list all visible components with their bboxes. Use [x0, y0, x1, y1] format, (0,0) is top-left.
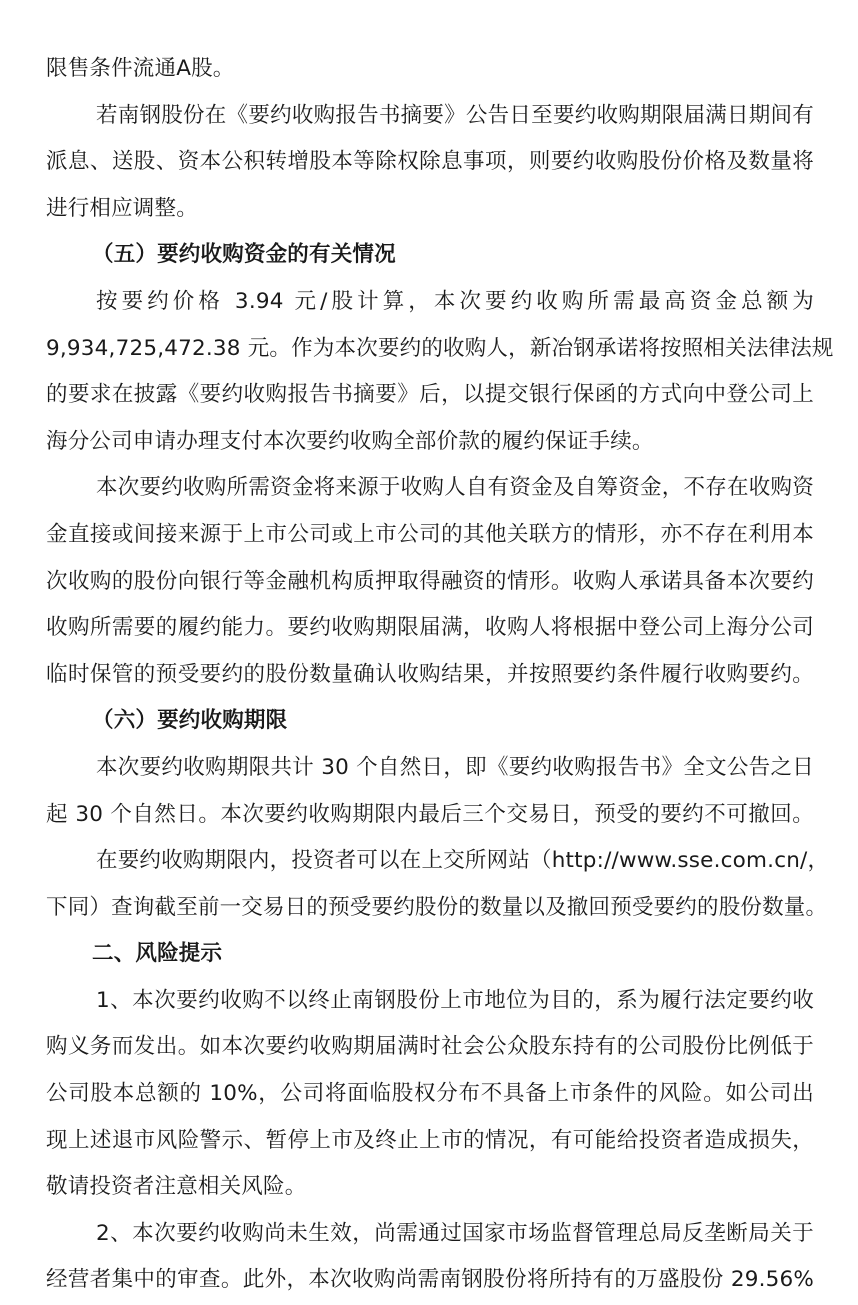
- paragraph-line: 临时保管的预受要约的股份数量确认收购结果，并按照要约条件履行收购要约。: [46, 652, 814, 699]
- paragraph-line: 现上述退市风险警示、暂停上市及终止上市的情况，有可能给投资者造成损失，: [46, 1118, 814, 1165]
- paragraph-line: 本次要约收购所需资金将来源于收购人自有资金及自筹资金，不存在收购资: [46, 465, 814, 512]
- document-page: 限售条件流通A股。 若南钢股份在《要约收购报告书摘要》公告日至要约收购期限届满日…: [46, 46, 814, 1304]
- paragraph-line: 限售条件流通A股。: [46, 46, 814, 93]
- paragraph-line: 次收购的股份向银行等金融机构质押取得融资的情形。收购人承诺具备本次要约: [46, 559, 814, 606]
- paragraph-line: 2、本次要约收购尚未生效，尚需通过国家市场监督管理总局反垄断局关于: [46, 1211, 814, 1258]
- paragraph-line: 下同）查询截至前一交易日的预受要约股份的数量以及撤回预受要约的股份数量。: [46, 885, 814, 932]
- section-heading-funding: （五）要约收购资金的有关情况: [46, 232, 814, 279]
- paragraph-line: 经营者集中的审查。此外，本次收购尚需南钢股份将所持有的万盛股份 29.56%: [46, 1257, 814, 1304]
- paragraph-line: 本次要约收购期限共计 30 个自然日，即《要约收购报告书》全文公告之日: [46, 745, 814, 792]
- paragraph-line: 公司股本总额的 10%，公司将面临股权分布不具备上市条件的风险。如公司出: [46, 1071, 814, 1118]
- paragraph-line: 按要约价格 3.94 元/股计算，本次要约收购所需最高资金总额为: [46, 279, 814, 326]
- section-heading-period: （六）要约收购期限: [46, 698, 814, 745]
- paragraph-line-with-link: 在要约收购期限内，投资者可以在上交所网站（http://www.sse.com.…: [46, 838, 814, 885]
- paragraph-line: 的要求在披露《要约收购报告书摘要》后，以提交银行保函的方式向中登公司上: [46, 372, 814, 419]
- paragraph-line: 1、本次要约收购不以终止南钢股份上市地位为目的，系为履行法定要约收: [46, 978, 814, 1025]
- paragraph-line: 9,934,725,472.38 元。作为本次要约的收购人，新冶钢承诺将按照相关…: [46, 326, 814, 373]
- section-heading-risk: 二、风险提示: [46, 931, 814, 978]
- paragraph-line: 起 30 个自然日。本次要约收购期限内最后三个交易日，预受的要约不可撤回。: [46, 792, 814, 839]
- paragraph-line: 派息、送股、资本公积转增股本等除权除息事项，则要约收购股份价格及数量将: [46, 139, 814, 186]
- paragraph-line: 敬请投资者注意相关风险。: [46, 1164, 814, 1211]
- paragraph-line: 收购所需要的履约能力。要约收购期限届满，收购人将根据中登公司上海分公司: [46, 605, 814, 652]
- paragraph-line: 购义务而发出。如本次要约收购期届满时社会公众股东持有的公司股份比例低于: [46, 1024, 814, 1071]
- paragraph-line: 金直接或间接来源于上市公司或上市公司的其他关联方的情形，亦不存在利用本: [46, 512, 814, 559]
- paragraph-line: 若南钢股份在《要约收购报告书摘要》公告日至要约收购期限届满日期间有: [46, 93, 814, 140]
- paragraph-line: 海分公司申请办理支付本次要约收购全部价款的履约保证手续。: [46, 419, 814, 466]
- paragraph-line: 进行相应调整。: [46, 186, 814, 233]
